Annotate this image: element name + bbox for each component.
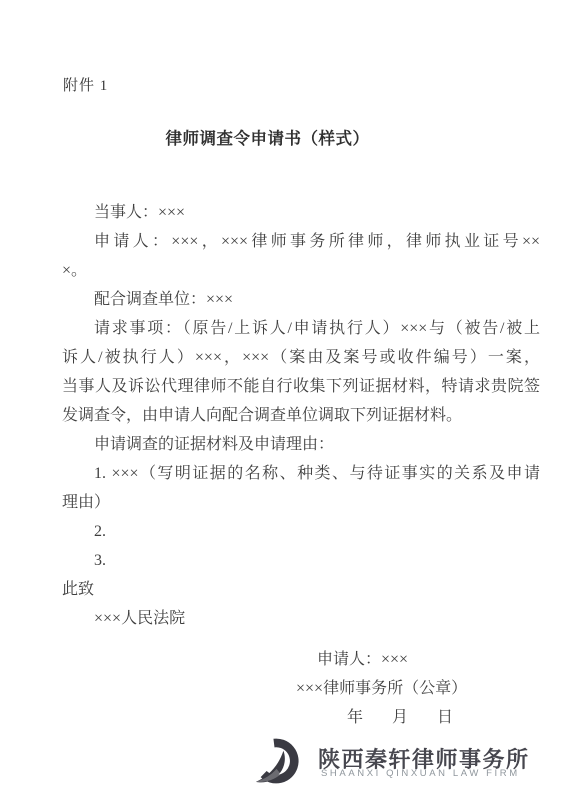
body-line: ×。 [62,256,540,285]
body-line: 申请调查的证据材料及申请理由： [62,430,540,459]
body-line: 此致 [62,575,540,604]
qinxuan-swoosh-logo-icon [252,737,308,792]
document-title: 律师调查令申请书（样式） [0,125,535,149]
body-line: 诉人/被执行人）×××，×××（案由及案号或收件编号）一案， [62,343,540,372]
body-line: 2. [62,517,540,546]
date-month-label: 月 [392,704,408,727]
body-line: 发调查令，由申请人向配合调查单位调取下列证据材料。 [62,401,540,430]
body-line: 配合调查单位：××× [62,285,540,314]
date-year-label: 年 [347,704,363,727]
signature-firm: ×××律师事务所（公章） [296,675,467,698]
law-firm-logo: 陕西秦轩律师事务所 SHAANXI QINXUAN LAW FIRM [252,735,552,790]
document-body: 当事人：××× 申请人：×××，×××律师事务所律师，律师执业证号×× ×。 配… [62,198,540,633]
date-day-label: 日 [437,704,453,727]
body-line: 请求事项：（原告/上诉人/申请执行人）×××与（被告/被上 [62,314,540,343]
body-line: ×××人民法院 [62,604,540,633]
signature-applicant: 申请人：××× [317,646,408,669]
body-line: 3. [62,546,540,575]
attachment-label: 附件 1 [63,74,108,95]
body-line: 申请人：×××，×××律师事务所律师，律师执业证号×× [62,227,540,256]
signature-date: 年 月 日 [347,704,453,727]
body-line: 理由） [62,488,540,517]
body-line: 1. ×××（写明证据的名称、种类、与待证事实的关系及申请 [62,459,540,488]
body-line: 当事人及诉讼代理律师不能自行收集下列证据材料，特请求贵院签 [62,372,540,401]
body-line: 当事人：××× [62,198,540,227]
document-page: 附件 1 律师调查令申请书（样式） 当事人：××× 申请人：×××，×××律师事… [0,0,564,795]
firm-name-en: SHAANXI QINXUAN LAW FIRM [321,768,520,779]
